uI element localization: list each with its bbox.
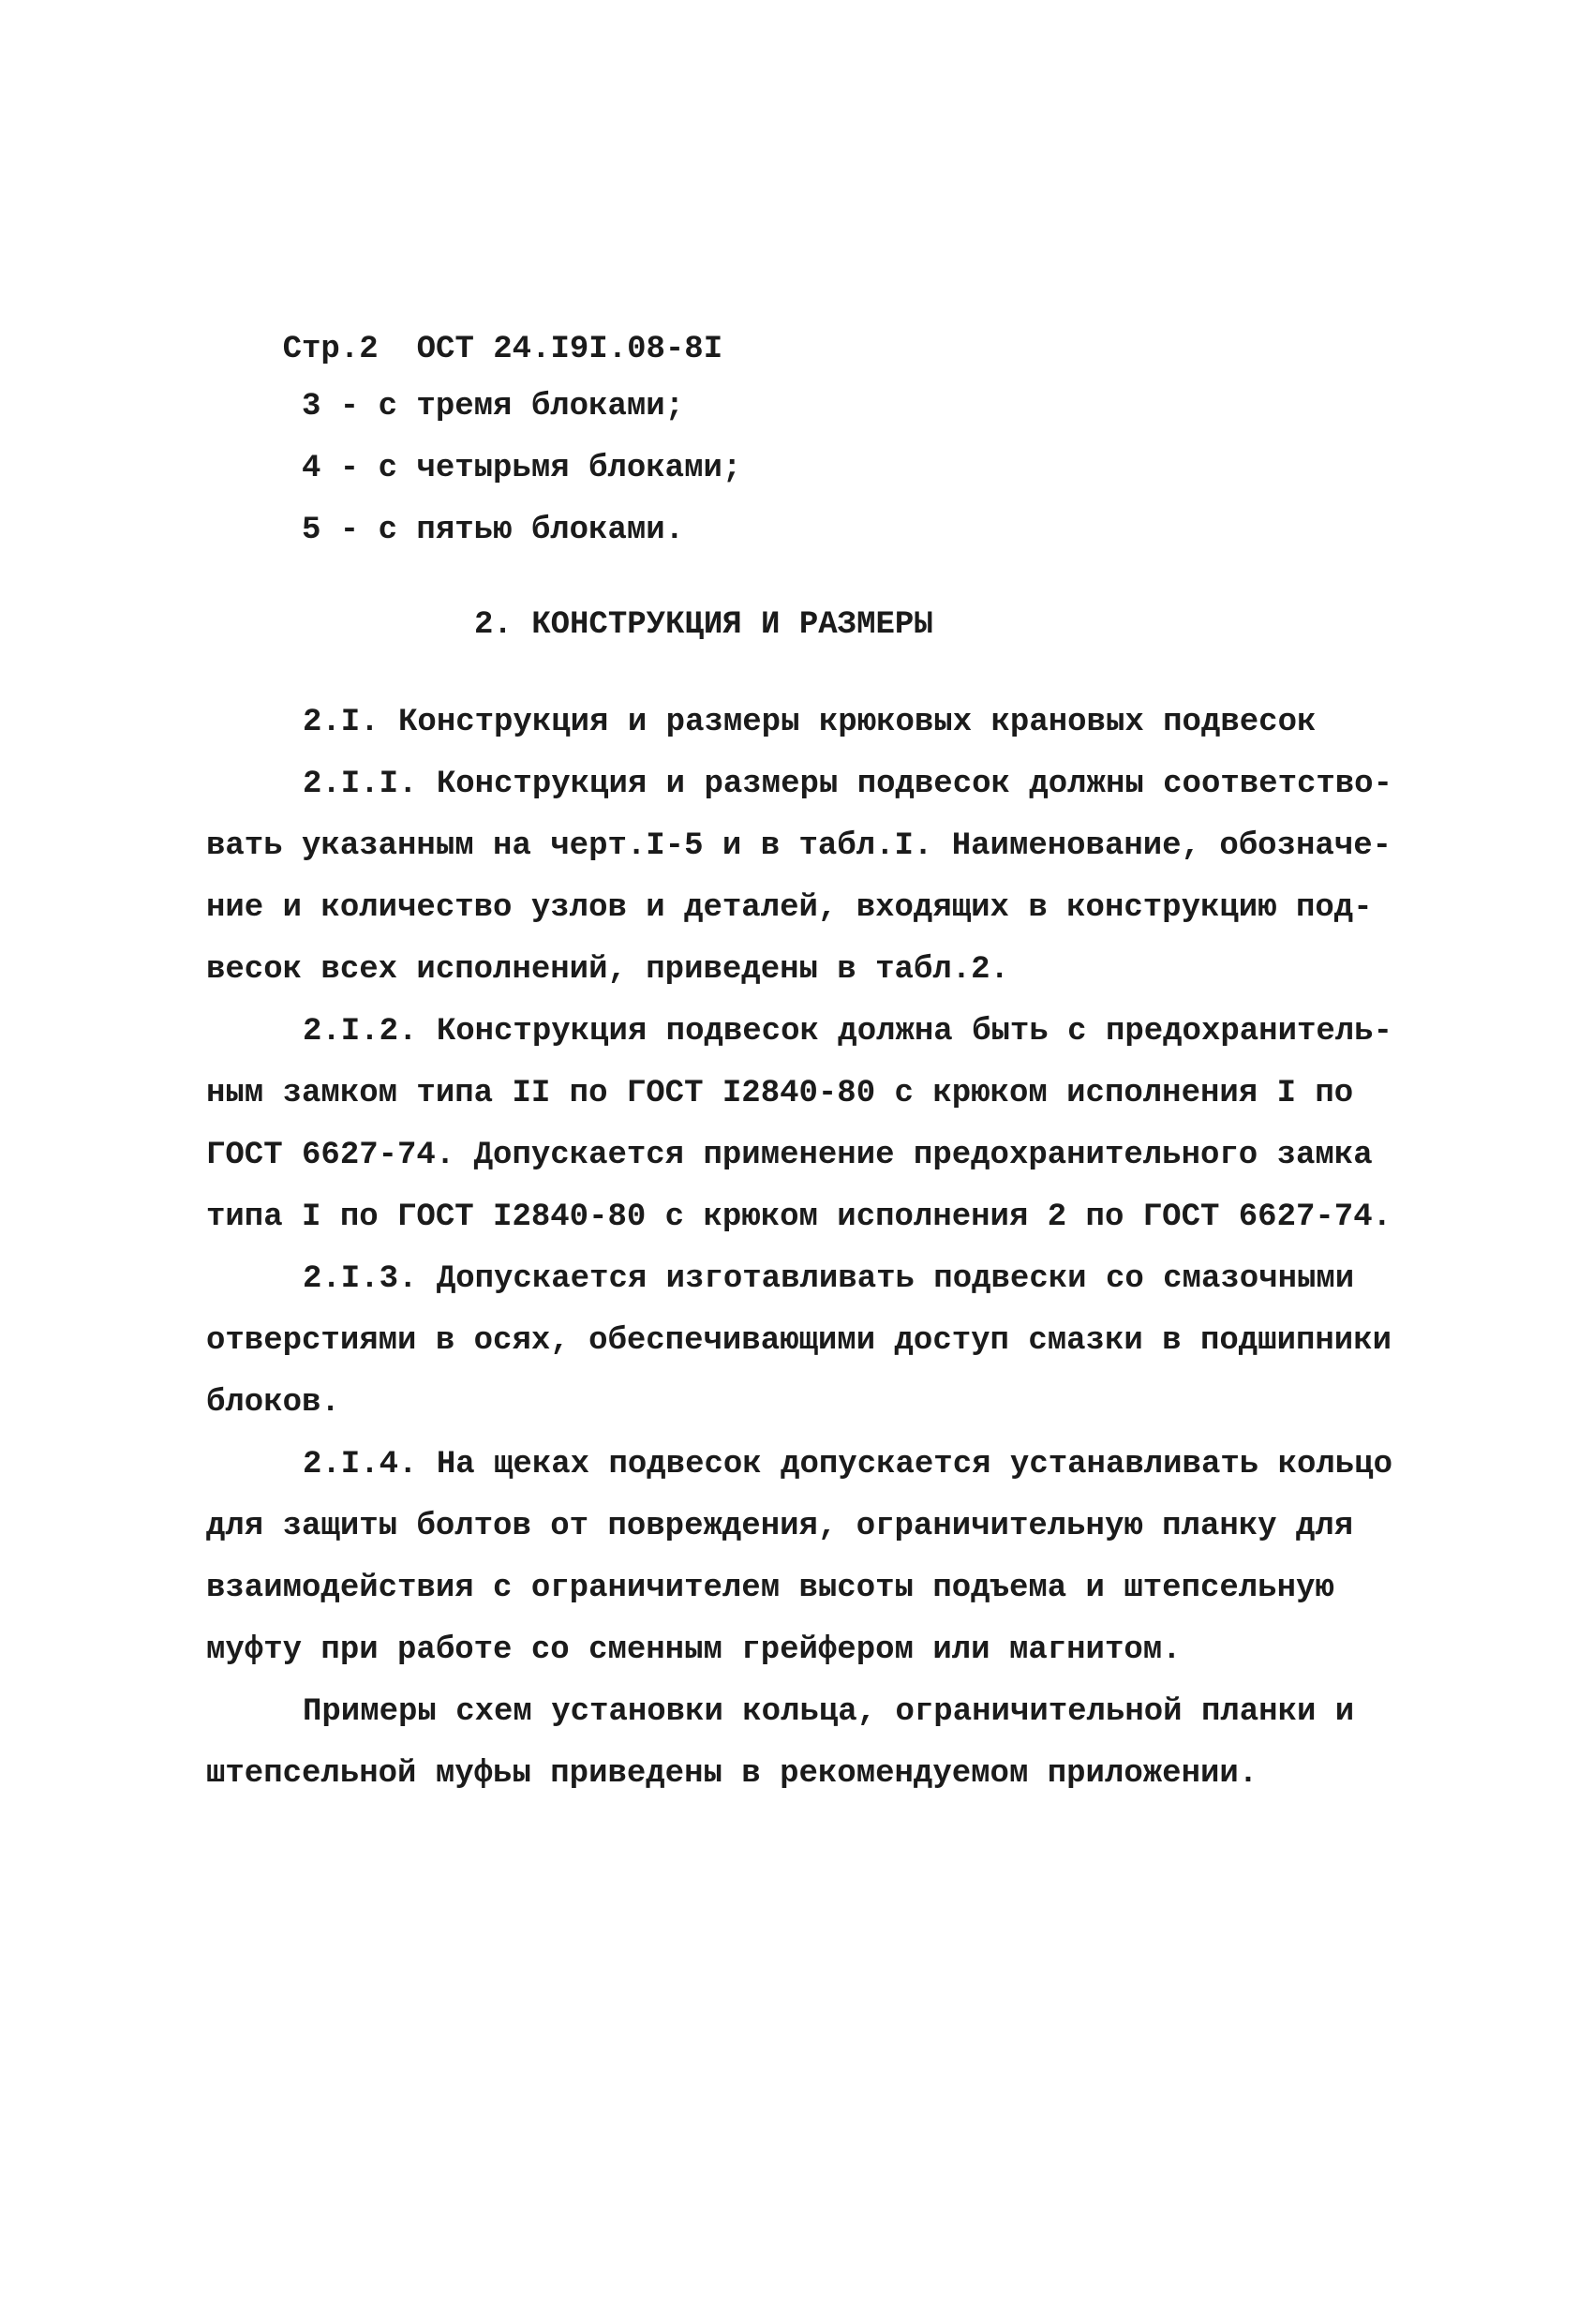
body-line: для защиты болтов от повреждения, ограни… <box>206 1496 1392 1557</box>
body-line: вать указанным на черт.I-5 и в табл.I. Н… <box>206 815 1392 877</box>
body-line: отверстиями в осях, обеспечивающими дост… <box>206 1310 1392 1372</box>
body-line: весок всех исполнений, приведены в табл.… <box>206 939 1392 1001</box>
body-line: типа I по ГОСТ I2840-80 с крюком исполне… <box>206 1186 1392 1248</box>
body-line: 2.I. Конструкция и размеры крюковых кран… <box>206 692 1392 753</box>
document-page: Стр.2ОСТ 24.I9I.08-8I 3 - с тремя блокам… <box>0 0 1593 2324</box>
list-item: 4 - с четырьмя блоками; <box>302 438 741 499</box>
body-line: ние и количество узлов и деталей, входящ… <box>206 877 1392 939</box>
body-line: 2.I.2. Конструкция подвесок должна быть … <box>206 1001 1392 1063</box>
body-line: штепсельной муфьы приведены в рекомендуе… <box>206 1743 1392 1805</box>
body-line: взаимодействия с ограничителем высоты по… <box>206 1557 1392 1619</box>
list-item: 5 - с пятью блоками. <box>302 499 741 561</box>
block-variants-list: 3 - с тремя блоками;4 - с четырьмя блока… <box>302 376 741 561</box>
list-item: 3 - с тремя блоками; <box>302 376 741 438</box>
body-line: ным замком типа II по ГОСТ I2840-80 с кр… <box>206 1063 1392 1125</box>
page-header: Стр.2ОСТ 24.I9I.08-8I <box>206 257 722 319</box>
body-line: блоков. <box>206 1372 1392 1434</box>
body-line: Примеры схем установки кольца, ограничит… <box>206 1681 1392 1743</box>
standard-number-label: ОСТ 24.I9I.08-8I <box>417 319 722 380</box>
body-line: ГОСТ 6627-74. Допускается применение пре… <box>206 1125 1392 1186</box>
body-line: 2.I.4. На щеках подвесок допускается уст… <box>206 1434 1392 1496</box>
body-line: 2.I.I. Конструкция и размеры подвесок до… <box>206 753 1392 815</box>
body-line: 2.I.3. Допускается изготавливать подвеск… <box>206 1248 1392 1310</box>
page-number-label: Стр.2 <box>283 332 379 367</box>
section-heading: 2. КОНСТРУКЦИЯ И РАЗМЕРЫ <box>474 594 933 656</box>
body-text: 2.I. Конструкция и размеры крюковых кран… <box>206 692 1392 1805</box>
body-line: муфту при работе со сменным грейфером ил… <box>206 1619 1392 1681</box>
